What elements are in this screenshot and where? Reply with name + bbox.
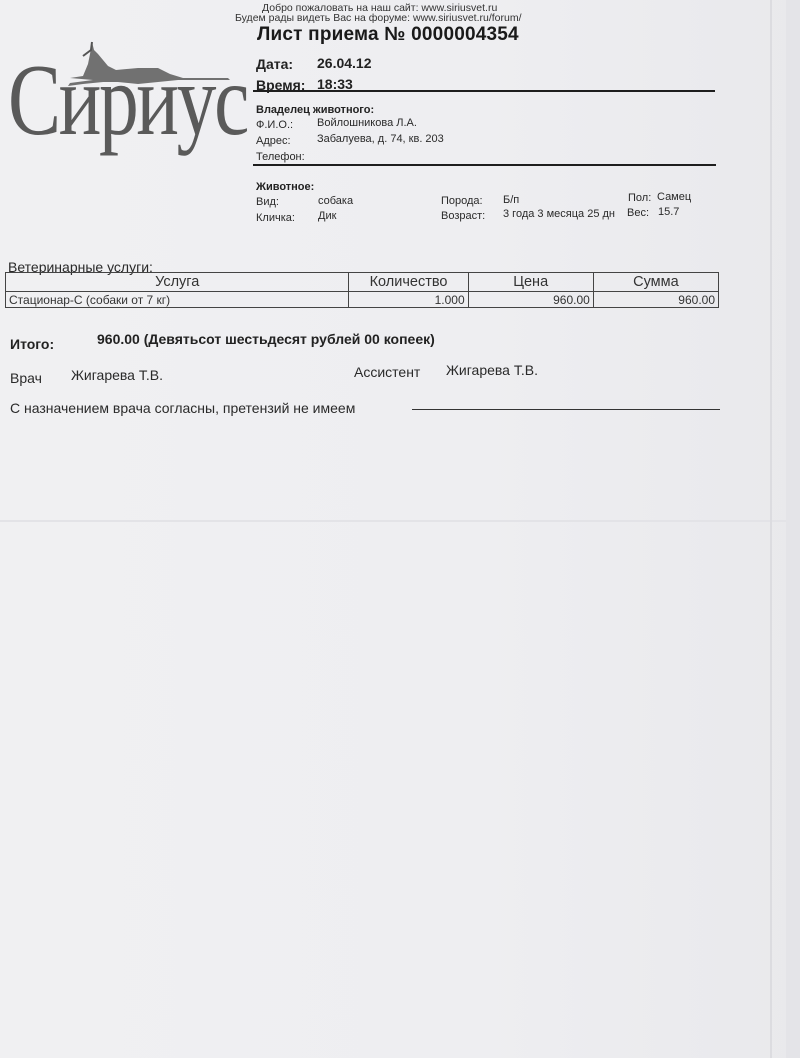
column-header-sum: Сумма: [593, 273, 718, 292]
sex-value: Самец: [657, 191, 691, 203]
scan-margin: [786, 0, 800, 1058]
owner-phone-label: Телефон:: [256, 151, 305, 163]
total-label: Итого:: [10, 336, 54, 352]
owner-address-value: Забалуева, д. 74, кв. 203: [317, 133, 444, 145]
owner-name-label: Ф.И.О.:: [256, 119, 293, 131]
date-value: 26.04.12: [317, 55, 372, 71]
divider: [253, 164, 716, 166]
welcome-line-2: Будем рады видеть Вас на форуме: www.sir…: [235, 12, 522, 24]
age-value: 3 года 3 месяца 25 дн: [503, 208, 615, 220]
species-label: Вид:: [256, 196, 279, 208]
weight-value: 15.7: [658, 206, 679, 218]
sex-label: Пол:: [628, 192, 651, 204]
breed-label: Порода:: [441, 195, 483, 207]
cell-price: 960.00: [468, 292, 593, 308]
nickname-label: Кличка:: [256, 212, 295, 224]
agreement-text: С назначением врача согласны, претензий …: [10, 400, 355, 416]
clinic-logo: Сириус: [8, 40, 248, 230]
paper-edge: [770, 0, 772, 1058]
breed-value: Б/п: [503, 194, 519, 206]
species-value: собака: [318, 195, 353, 207]
column-header-quantity: Количество: [349, 273, 468, 292]
services-table: Услуга Количество Цена Сумма Стационар-С…: [5, 272, 719, 308]
date-label: Дата:: [256, 56, 293, 72]
assistant-value: Жигарева Т.В.: [446, 362, 538, 378]
cell-service: Стационар-С (собаки от 7 кг): [6, 292, 349, 308]
owner-heading: Владелец животного:: [256, 104, 374, 116]
doctor-label: Врач: [10, 370, 42, 386]
signature-line: [412, 409, 720, 410]
nickname-value: Дик: [318, 210, 336, 222]
paper-fold: [0, 520, 800, 522]
owner-name-value: Войлошникова Л.А.: [317, 117, 417, 129]
total-value: 960.00 (Девятьсот шестьдесят рублей 00 к…: [97, 331, 435, 347]
weight-label: Вес:: [627, 207, 649, 219]
assistant-label: Ассистент: [354, 364, 420, 380]
table-header-row: Услуга Количество Цена Сумма: [6, 273, 719, 292]
column-header-price: Цена: [468, 273, 593, 292]
doctor-value: Жигарева Т.В.: [71, 367, 163, 383]
logo-wordmark: Сириус: [8, 50, 247, 152]
owner-address-label: Адрес:: [256, 135, 291, 147]
page-title: Лист приема № 0000004354: [257, 24, 519, 46]
age-label: Возраст:: [441, 210, 485, 222]
column-header-service: Услуга: [6, 273, 349, 292]
table-row: Стационар-С (собаки от 7 кг) 1.000 960.0…: [6, 292, 719, 308]
cell-sum: 960.00: [593, 292, 718, 308]
cell-quantity: 1.000: [349, 292, 468, 308]
animal-heading: Животное:: [256, 181, 314, 193]
divider: [253, 90, 715, 92]
